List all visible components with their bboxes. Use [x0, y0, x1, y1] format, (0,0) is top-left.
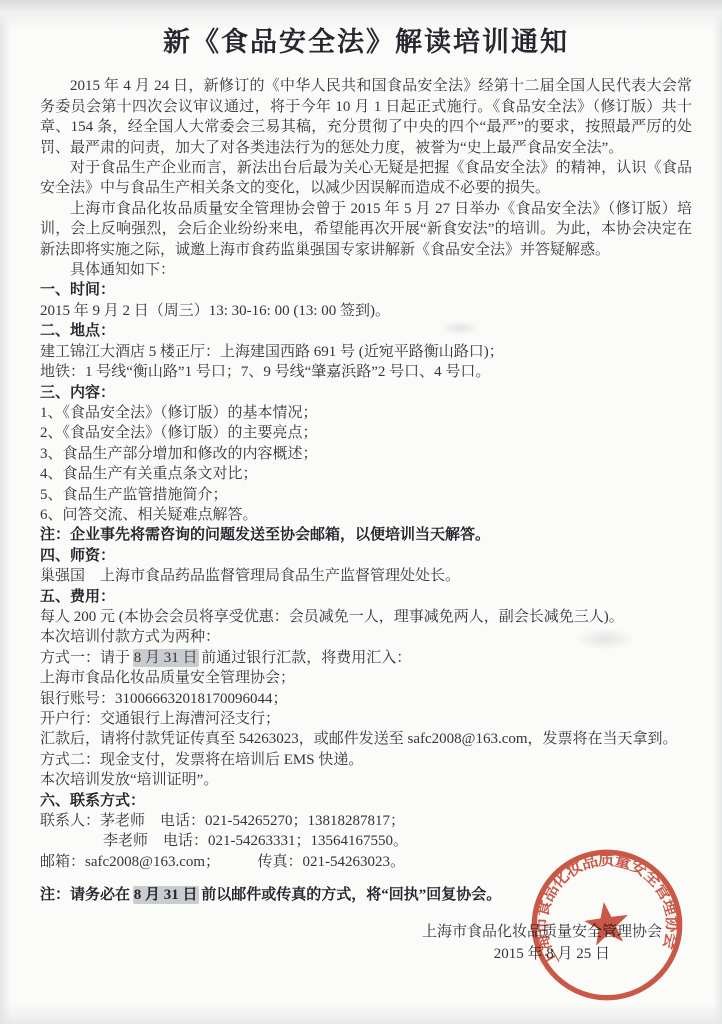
reply-note-post: 前以邮件或传真的方式，将“回执”回复协会。 [198, 887, 502, 903]
section-heading-teacher: 四、师资： [40, 546, 692, 566]
intro-paragraph: 具体通知如下： [40, 260, 692, 280]
intro-paragraph: 对于食品生产企业而言，新法出台后最为关心无疑是把握《食品安全法》的精神，认识《食… [40, 158, 692, 199]
content-item-6: 6、问答交流、相关疑难点解答。 [40, 505, 692, 525]
content-item-3: 3、食品生产部分增加和修改的内容概述； [40, 444, 692, 464]
section-heading-location: 二、地点： [40, 321, 692, 341]
signature-block: 上海市食品化妆品质量安全管理协会 2015 年 8 月 25 日 [40, 922, 692, 965]
section-heading-content: 三、内容： [40, 383, 692, 403]
reply-deadline-note: 注：请务必在 8 月 31 日 前以邮件或传真的方式，将“回执”回复协会。 [40, 885, 692, 905]
bank-branch: 开户行：交通银行上海漕河泾支行； [40, 709, 692, 729]
payment-method-1-post: 前通过银行汇款，将费用汇入： [198, 650, 412, 666]
content-item-4: 4、食品生产有关重点条文对比； [40, 464, 692, 484]
payment-method-1: 方式一：请于 8 月 31 日 前通过银行汇款，将费用汇入： [40, 648, 692, 668]
certificate-note: 本次培训发放“培训证明”。 [40, 770, 692, 790]
location-address: 建工锦江大酒店 5 楼正厅：上海建国西路 691 号 (近宛平路衡山路口)； [40, 342, 692, 362]
signature-date: 2015 年 8 月 25 日 [40, 944, 662, 964]
content-item-1: 1、《食品安全法》（修订版）的基本情况； [40, 403, 692, 423]
location-metro: 地铁：1 号线“衡山路”1 号口；7、9 号线“肇嘉浜路”2 号口、4 号口。 [40, 362, 692, 382]
contact-person-2: 李老师 电话：021-54263331；13564167550。 [40, 831, 692, 851]
content-item-5: 5、食品生产监管措施简介； [40, 485, 692, 505]
section-heading-contact: 六、联系方式： [40, 791, 692, 811]
payment-method-1-pre: 方式一：请于 [40, 650, 134, 666]
fee-info: 每人 200 元 (本协会会员将享受优惠：会员减免一人，理事减免两人，副会长减免… [40, 607, 692, 627]
bank-account: 银行账号：310066632018170096044； [40, 689, 692, 709]
scan-smudge [440, 320, 480, 336]
section-heading-fee: 五、费用： [40, 587, 692, 607]
deadline-highlight: 8 月 31 日 [134, 650, 198, 666]
intro-paragraph: 上海市食品化妆品质量安全管理协会曾于 2015 年 5 月 27 日举办《食品安… [40, 199, 692, 260]
scan-smudge [575, 628, 635, 650]
section-heading-time: 一、时间： [40, 280, 692, 300]
notice-content: 新《食品安全法》解读培训通知 2015 年 4 月 24 日，新修订的《中华人民… [0, 0, 722, 964]
contact-person-1: 联系人：茅老师 电话：021-54265270；13818287817； [40, 811, 692, 831]
content-note: 注：企业事先将需咨询的问题发送至协会邮箱，以便培训当天解答。 [40, 525, 692, 545]
intro-paragraphs: 2015 年 4 月 24 日，新修订的《中华人民共和国食品安全法》经第十二届全… [40, 76, 692, 280]
remittance-instructions: 汇款后，请将付款凭证传真至 54263023，或邮件发送至 safc2008@1… [40, 729, 692, 749]
payee-name: 上海市食品化妆品质量安全管理协会； [40, 668, 692, 688]
deadline-highlight: 8 月 31 日 [134, 887, 198, 903]
intro-paragraph: 2015 年 4 月 24 日，新修订的《中华人民共和国食品安全法》经第十二届全… [40, 76, 692, 158]
notice-body: 一、时间： 2015 年 9 月 2 日（周三）13: 30-16: 00 (1… [40, 280, 692, 905]
content-item-2: 2、《食品安全法》（修订版）的主要亮点； [40, 423, 692, 443]
time-value: 2015 年 9 月 2 日（周三）13: 30-16: 00 (13: 00 … [40, 301, 692, 321]
payment-method-2: 方式二：现金支付，发票将在培训后 EMS 快递。 [40, 750, 692, 770]
contact-email-fax: 邮箱：safc2008@163.com； 传真：021-54263023。 [40, 852, 692, 872]
reply-note-pre: 注：请务必在 [40, 887, 134, 903]
scanned-notice-page: 新《食品安全法》解读培训通知 2015 年 4 月 24 日，新修订的《中华人民… [0, 0, 722, 1024]
teacher-info: 巢强国 上海市食品药品监督管理局食品生产监督管理处处长。 [40, 566, 692, 586]
page-title: 新《食品安全法》解读培训通知 [40, 32, 692, 52]
signature-org: 上海市食品化妆品质量安全管理协会 [40, 922, 662, 942]
